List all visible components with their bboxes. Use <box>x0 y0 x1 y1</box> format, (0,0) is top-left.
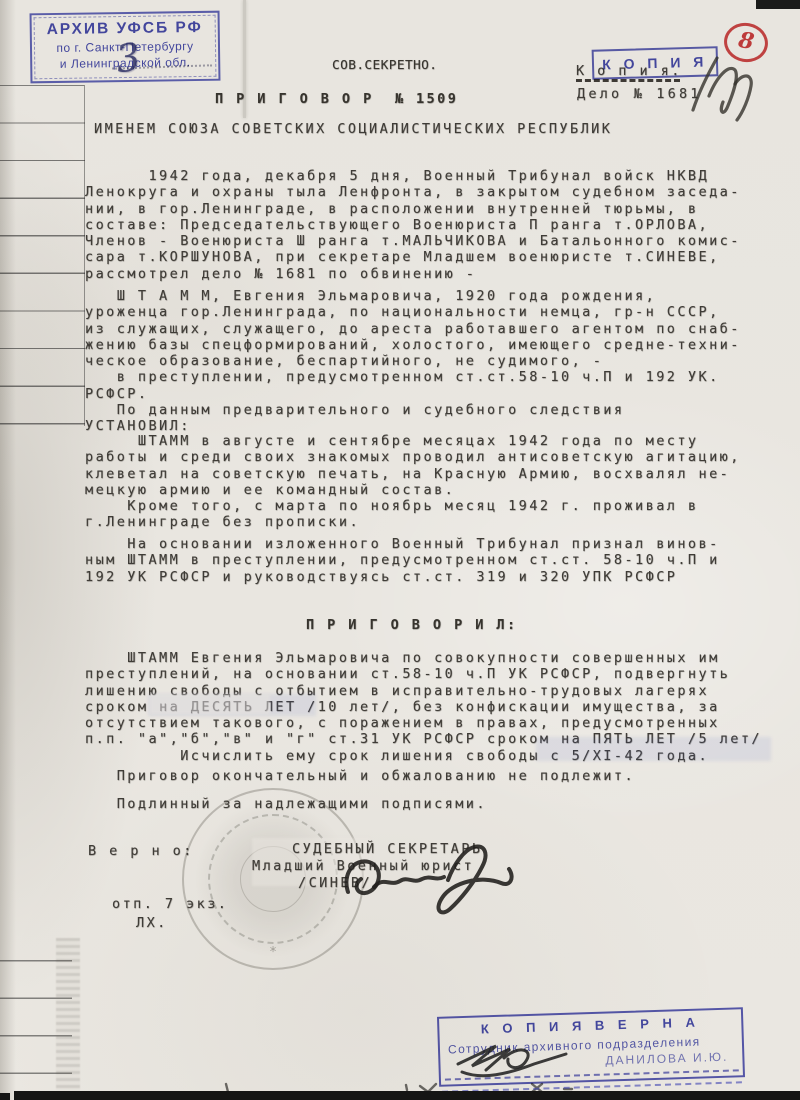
text-line: Кроме того, с марта по ноябрь месяц 1942… <box>85 498 741 514</box>
classification-label: СОВ.СЕКРЕТНО. <box>332 58 437 74</box>
document-title: П Р И Г О В О Р № 1509 <box>215 91 458 107</box>
paragraph-defendant: Ш Т А М М, Евгения Эльмаровича, 1920 год… <box>85 288 741 435</box>
text-line: 192 УК РСФСР и руководствуясь ст.ст. 319… <box>85 569 720 585</box>
text-line: ческое образование, беспартийного, не су… <box>85 353 741 369</box>
verdict-heading: П Р И Г О В О Р И Л: <box>306 617 518 633</box>
text-line: отсутствием такового, с поражением в пра… <box>85 715 762 731</box>
pencil-flourish <box>683 50 773 125</box>
text-line: мецкую армию и ее командный состав. <box>85 482 741 498</box>
paragraph-basis: На основании изложенного Военный Трибуна… <box>85 536 720 585</box>
text-line: клеветал на советскую печать, на Красную… <box>85 466 741 482</box>
scan-edge-bottom <box>14 1091 800 1100</box>
signature <box>338 834 543 924</box>
closing-line-1: Приговор окончательный и обжалованию не … <box>85 768 635 784</box>
text-line: в преступлении, предусмотренном ст.ст.58… <box>85 369 741 385</box>
verno-label: В е р н о: <box>88 843 194 859</box>
text-line: Ш Т А М М, Евгения Эльмаровича, 1920 год… <box>85 288 741 304</box>
document-subtitle: ИМЕНЕМ СОЮЗА СОВЕТСКИХ СОЦИАЛИСТИЧЕСКИХ … <box>94 121 612 137</box>
initials-note: ЛХ. <box>136 915 168 931</box>
text-line: РСФСР. <box>85 386 741 402</box>
seal-star-icon: * <box>269 945 277 960</box>
text-line: 1942 года, декабря 5 дня, Военный Трибун… <box>85 168 741 184</box>
gray-smudge-band <box>56 938 80 1090</box>
faded-ink-patch <box>150 694 270 714</box>
copies-note: отп. 7 экз. <box>112 896 228 912</box>
text-line: ным ШТАММ в преступлении, предусмотренно… <box>85 552 720 568</box>
text-line: из служащих, служащего, до ареста работа… <box>85 321 741 337</box>
text-line: составе: Председательствующего Военюрист… <box>85 217 741 233</box>
closing-line-2: Подлинный за надлежащими подписями. <box>85 796 487 812</box>
text-line: сара т.КОРШУНОВА, при секретаре Младшем … <box>85 249 741 265</box>
blue-ink-smear <box>536 737 771 761</box>
text-line: рассмотрел дело № 1681 по обвинению - <box>85 266 741 282</box>
text-line: преступлений, на основании ст.58-10 ч.П … <box>85 666 762 682</box>
text-line: Членов - Военюриста Ш ранга т.МАЛЬЧИКОВА… <box>85 233 741 249</box>
text-line: ШТАММ в августе и сентябре месяцах 1942 … <box>85 433 741 449</box>
copy-certified-line3: ДАНИЛОВА И.Ю. <box>605 1050 728 1068</box>
underlying-ruled-paper-edge-top <box>0 85 85 426</box>
scanned-verdict-document: АРХИВ УФСБ РФ по г. Санкт-Петербургу и Л… <box>0 0 800 1100</box>
paragraph-intro: 1942 года, декабря 5 дня, Военный Трибун… <box>85 168 741 282</box>
paragraph-findings: ШТАММ в августе и сентябре месяцах 1942 … <box>85 433 741 531</box>
text-line: По данным предварительного и судебного с… <box>85 402 741 418</box>
text-line: На основании изложенного Военный Трибуна… <box>85 536 720 552</box>
text-line: Ленокруга и охраны тыла Ленфронта, в зак… <box>85 184 741 200</box>
archivist-signature <box>448 1036 608 1094</box>
scan-edge-bottom-left <box>0 1093 10 1100</box>
text-line: г.Ленинграде без прописки. <box>85 514 741 530</box>
text-line: работы и среди своих знакомых проводил а… <box>85 449 741 465</box>
text-line: жению базы спецформирований, холостого, … <box>85 337 741 353</box>
scan-edge-top-right <box>756 0 800 9</box>
text-line: ШТАММ Евгения Эльмаровича по совокупност… <box>85 650 762 666</box>
text-line: нии, в гор.Ленинграде, в расположении вн… <box>85 201 741 217</box>
text-line: уроженца гор.Ленинграда, по национальнос… <box>85 304 741 320</box>
